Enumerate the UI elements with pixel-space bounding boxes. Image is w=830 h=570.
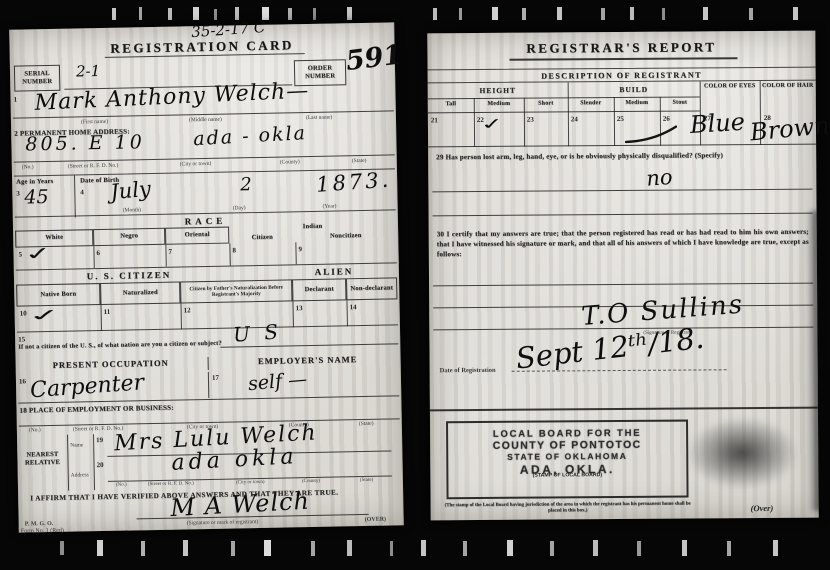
- present-occupation-header: PRESENT OCCUPATION: [26, 357, 196, 370]
- tall-label: Tall: [428, 101, 474, 109]
- build-check-mark: [624, 124, 680, 144]
- registrant-name-value: Mark Anthony Welch—: [34, 80, 309, 114]
- cit-div-3: [292, 301, 293, 327]
- naturalized-label: Naturalized: [100, 282, 180, 306]
- certify-line-1: [433, 283, 813, 287]
- dob-sublabel-month: (Month): [123, 207, 141, 214]
- slender-label: Slender: [568, 100, 614, 108]
- race-negro-label: Negro: [93, 228, 165, 246]
- sprocket-mark: [97, 540, 103, 556]
- address-sublabel-city: (City or town): [180, 161, 212, 168]
- race-div-3: [229, 244, 230, 266]
- place-of-employment-label: 18 PLACE OF EMPLOYMENT OR BUSINESS:: [19, 404, 173, 416]
- relative-sublabel-no: (No.): [116, 483, 127, 489]
- height-header: HEIGHT: [428, 85, 568, 95]
- relative-address-number: 20: [97, 461, 104, 469]
- color-of-eyes-header: COLOR OF EYES: [702, 83, 758, 91]
- sprocket-mark: [112, 8, 116, 20]
- sprocket-mark: [421, 540, 426, 556]
- address-sublabel-county: (County): [280, 159, 300, 166]
- sprocket-mark: [507, 540, 513, 556]
- scan-smudge: [686, 417, 798, 490]
- address-sublabel-state: (State): [352, 158, 367, 165]
- serial-number-box: SERIAL NUMBER: [14, 65, 60, 92]
- place-sublabel-no: (No.): [29, 427, 41, 434]
- date-of-registration-label: Date of Registration: [440, 367, 496, 375]
- relative-address-label: Address: [71, 472, 89, 479]
- sprocket-mark: [682, 540, 687, 556]
- nation-value: U S: [232, 321, 282, 344]
- scan-dark-streak: [807, 211, 821, 511]
- sprocket-mark: [313, 8, 316, 20]
- sprocket-mark: [459, 8, 462, 20]
- citizen-by-father-number: 12: [184, 306, 191, 314]
- sprocket-mark: [264, 540, 271, 556]
- build-header: BUILD: [568, 84, 700, 94]
- race-oriental-number: 7: [168, 248, 172, 256]
- occ-value-divider: [208, 372, 209, 398]
- build-medium-number: 25: [617, 115, 624, 123]
- occ-header-divider: [208, 357, 209, 370]
- nearest-relative-header: NEAREST RELATIVE: [19, 451, 65, 468]
- sprocket-mark: [141, 541, 145, 556]
- slender-number: 24: [571, 115, 578, 123]
- relative-div-2: [93, 434, 95, 490]
- race-div-1: [93, 246, 94, 268]
- disq-line-2: [433, 213, 813, 217]
- sprocket-mark: [463, 541, 467, 556]
- race-noncitizen-label: Noncitizen: [295, 231, 396, 241]
- over-label-right-card: (Over): [751, 503, 774, 513]
- relative-sublabel-city: (City or town): [236, 480, 265, 487]
- native-born-label: Native Born: [16, 283, 100, 307]
- naturalized-number: 11: [104, 308, 111, 316]
- race-oriental-label: Oriental: [165, 227, 229, 245]
- date-of-registration-value: Sept 12ᵗʰ/18.: [514, 324, 705, 374]
- hair-value: Brown: [749, 113, 830, 144]
- sprocket-mark: [703, 7, 708, 20]
- sprocket-mark: [727, 541, 731, 556]
- stout-label: Stout: [660, 99, 700, 107]
- age-dob-divider: [74, 176, 76, 218]
- sprocket-mark: [433, 8, 437, 20]
- stamp-line-5: (STAMP OF LOCAL BOARD): [448, 472, 686, 480]
- certify-paragraph: 30 I certify that my answers are true; t…: [437, 227, 809, 260]
- stamp-line-3: STATE OF OKLAHOMA: [448, 451, 686, 463]
- race-noncitizen-number: 9: [298, 245, 302, 253]
- non-declarant-label: Non-declarant: [346, 277, 397, 300]
- employer-value: self —: [247, 370, 308, 394]
- short-number: 23: [527, 116, 534, 124]
- checkmark-icon: ✓: [23, 305, 67, 325]
- employer-number: 17: [212, 374, 219, 382]
- race-citizen-number: 8: [232, 246, 236, 254]
- home-address-value-city: ada - okla: [193, 124, 308, 149]
- disqualification-value: no: [646, 167, 674, 190]
- non-declarant-number: 14: [350, 303, 357, 311]
- dob-sublabel-day: (Day): [233, 205, 246, 212]
- relative-address-value: ada okla: [171, 446, 298, 475]
- citizen-table: Native Born Naturalized Citizen by Fathe…: [16, 277, 398, 332]
- sprocket-mark: [311, 541, 315, 556]
- sprocket-mark: [773, 540, 778, 556]
- name-sublabel-middle: (Middle name): [189, 117, 222, 124]
- declarant-number: 13: [296, 304, 303, 312]
- nation-question-label: If not a citizen of the U. S., of what n…: [18, 340, 223, 352]
- occupation-value: Carpenter: [29, 372, 144, 402]
- sprocket-mark: [593, 540, 598, 556]
- place-number: 18: [19, 406, 27, 414]
- certify-number: 30: [437, 230, 444, 238]
- sprocket-mark: [637, 541, 641, 556]
- height-medium-label: Medium: [474, 101, 524, 109]
- address-sublabel-no: (No.): [22, 164, 34, 171]
- sprocket-mark: [550, 541, 554, 556]
- description-header-text: DESCRIPTION OF REGISTRANT: [541, 70, 702, 80]
- disq-line-1: [432, 189, 812, 193]
- sprocket-mark: [347, 540, 352, 556]
- sprocket-mark: [214, 9, 217, 20]
- dob-day-value: 2: [240, 176, 252, 194]
- relative-sublabel-county: (County): [302, 479, 320, 485]
- sprocket-mark: [390, 541, 393, 556]
- alien-header: ALIEN: [284, 266, 384, 278]
- disqualification-question: 29 Has person lost arm, leg, hand, eye, …: [436, 151, 808, 162]
- place-sublabel-state: (State): [359, 421, 374, 428]
- checkmark-icon: ✓: [478, 114, 507, 134]
- registration-card: 35-2-17 C REGISTRATION CARD SERIAL NUMBE…: [9, 22, 404, 532]
- sprocket-mark: [231, 541, 235, 556]
- name-sublabel-last: (Last name): [306, 115, 333, 122]
- tall-number: 21: [431, 116, 438, 124]
- sprocket-mark: [749, 8, 753, 20]
- dob-month-value: July: [109, 179, 151, 204]
- eyes-value: Blue: [689, 110, 745, 137]
- relative-sublabel-state: (State): [360, 478, 373, 484]
- sprocket-mark: [168, 8, 172, 20]
- sprocket-mark: [139, 7, 142, 20]
- report-title-underline: [509, 57, 737, 61]
- cit-div-4: [346, 300, 347, 326]
- sprocket-mark: [235, 7, 239, 20]
- age-value: 45: [24, 188, 49, 207]
- build-medium-label: Medium: [614, 100, 660, 108]
- relative-div-1: [67, 435, 69, 491]
- home-address-value-street: 805. E 10: [25, 133, 145, 154]
- form-ref-line2: Form No. 1 (Red): [21, 528, 64, 536]
- sprocket-mark: [288, 8, 292, 20]
- dob-field-number: 4: [80, 188, 84, 196]
- sprocket-mark: [60, 541, 64, 555]
- race-div-4: [295, 242, 296, 264]
- race-citizen-label: Citizen: [229, 233, 295, 242]
- color-of-hair-header: COLOR OF HAIR: [762, 83, 814, 91]
- occupation-number: 16: [19, 377, 26, 385]
- serial-number-value: 2-1: [76, 64, 100, 79]
- dob-year-value: 1873.: [316, 169, 392, 195]
- sprocket-mark: [183, 540, 188, 556]
- disq-label-text: Has person lost arm, leg, hand, eye, or …: [446, 151, 724, 161]
- stamp-instruction-note: (The stamp of the Local Board having jur…: [439, 501, 697, 515]
- race-div-2: [165, 245, 166, 267]
- short-label: Short: [524, 100, 568, 108]
- order-number-value: 591: [344, 41, 403, 75]
- nation-line-number: 15: [18, 335, 25, 343]
- disq-number: 29: [436, 153, 443, 161]
- local-board-stamp: LOCAL BOARD FOR THE COUNTY OF PONTOTOC S…: [446, 420, 689, 500]
- signature-sublabel: (Signature or mark of registrant): [187, 519, 259, 527]
- age-dob-row: Age in Years 3 45 Date of Birth 4 July 2…: [14, 168, 396, 217]
- sprocket-mark: [492, 7, 498, 20]
- cit-div-2: [180, 303, 181, 329]
- sprocket-mark: [662, 8, 665, 20]
- checkmark-icon: ✓: [22, 243, 56, 265]
- sprocket-mark: [557, 7, 562, 20]
- race-negro-number: 6: [96, 249, 100, 257]
- stout-number: 26: [663, 115, 670, 123]
- race-white-number: 5: [18, 251, 22, 259]
- declarant-label: Declarant: [292, 278, 346, 301]
- date-dotted-line: [512, 369, 727, 372]
- relative-name-number: 19: [96, 436, 103, 444]
- certify-text: I certify that my answers are true; that…: [437, 228, 809, 259]
- sprocket-mark: [630, 7, 634, 20]
- age-field-number: 3: [16, 190, 20, 198]
- relative-sublabel-street: (Street or R. F. D. No.): [148, 481, 194, 488]
- nearest-relative-block: NEAREST RELATIVE Name 19 Mrs Lulu Welch …: [19, 428, 401, 491]
- registrars-report-card: REGISTRAR'S REPORT DESCRIPTION OF REGIST…: [427, 31, 818, 521]
- address-sublabel-street: (Street or R. F. D. No.): [68, 163, 119, 171]
- place-label-text: PLACE OF EMPLOYMENT OR BUSINESS:: [29, 404, 174, 415]
- citizen-by-father-label: Citizen by Father's Naturalization Befor…: [180, 279, 292, 303]
- sprocket-mark: [522, 8, 526, 20]
- description-table: HEIGHT BUILD COLOR OF EYES COLOR OF HAIR…: [428, 81, 816, 148]
- microfilm-scan: 35-2-17 C REGISTRATION CARD SERIAL NUMBE…: [0, 0, 830, 570]
- race-table: White Negro Oriental Indian Citizen Nonc…: [15, 223, 397, 270]
- registrars-report-title: REGISTRAR'S REPORT: [427, 39, 815, 58]
- stamp-section-topline: [430, 407, 818, 412]
- citizen-table-bottom: [17, 324, 398, 332]
- name-line-number: 1: [13, 96, 17, 104]
- sprocket-mark: [347, 7, 352, 20]
- relative-name-label: Name: [70, 442, 83, 449]
- name-sublabel-first: (First name): [81, 119, 108, 126]
- sprocket-mark: [601, 8, 605, 20]
- sprocket-mark: [193, 7, 199, 20]
- sprocket-mark: [793, 7, 798, 20]
- cit-div-1: [101, 305, 102, 331]
- dob-sublabel-year: (Year): [323, 203, 337, 210]
- employers-name-header: EMPLOYER'S NAME: [228, 354, 388, 367]
- over-label-left-card: (OVER): [365, 517, 386, 525]
